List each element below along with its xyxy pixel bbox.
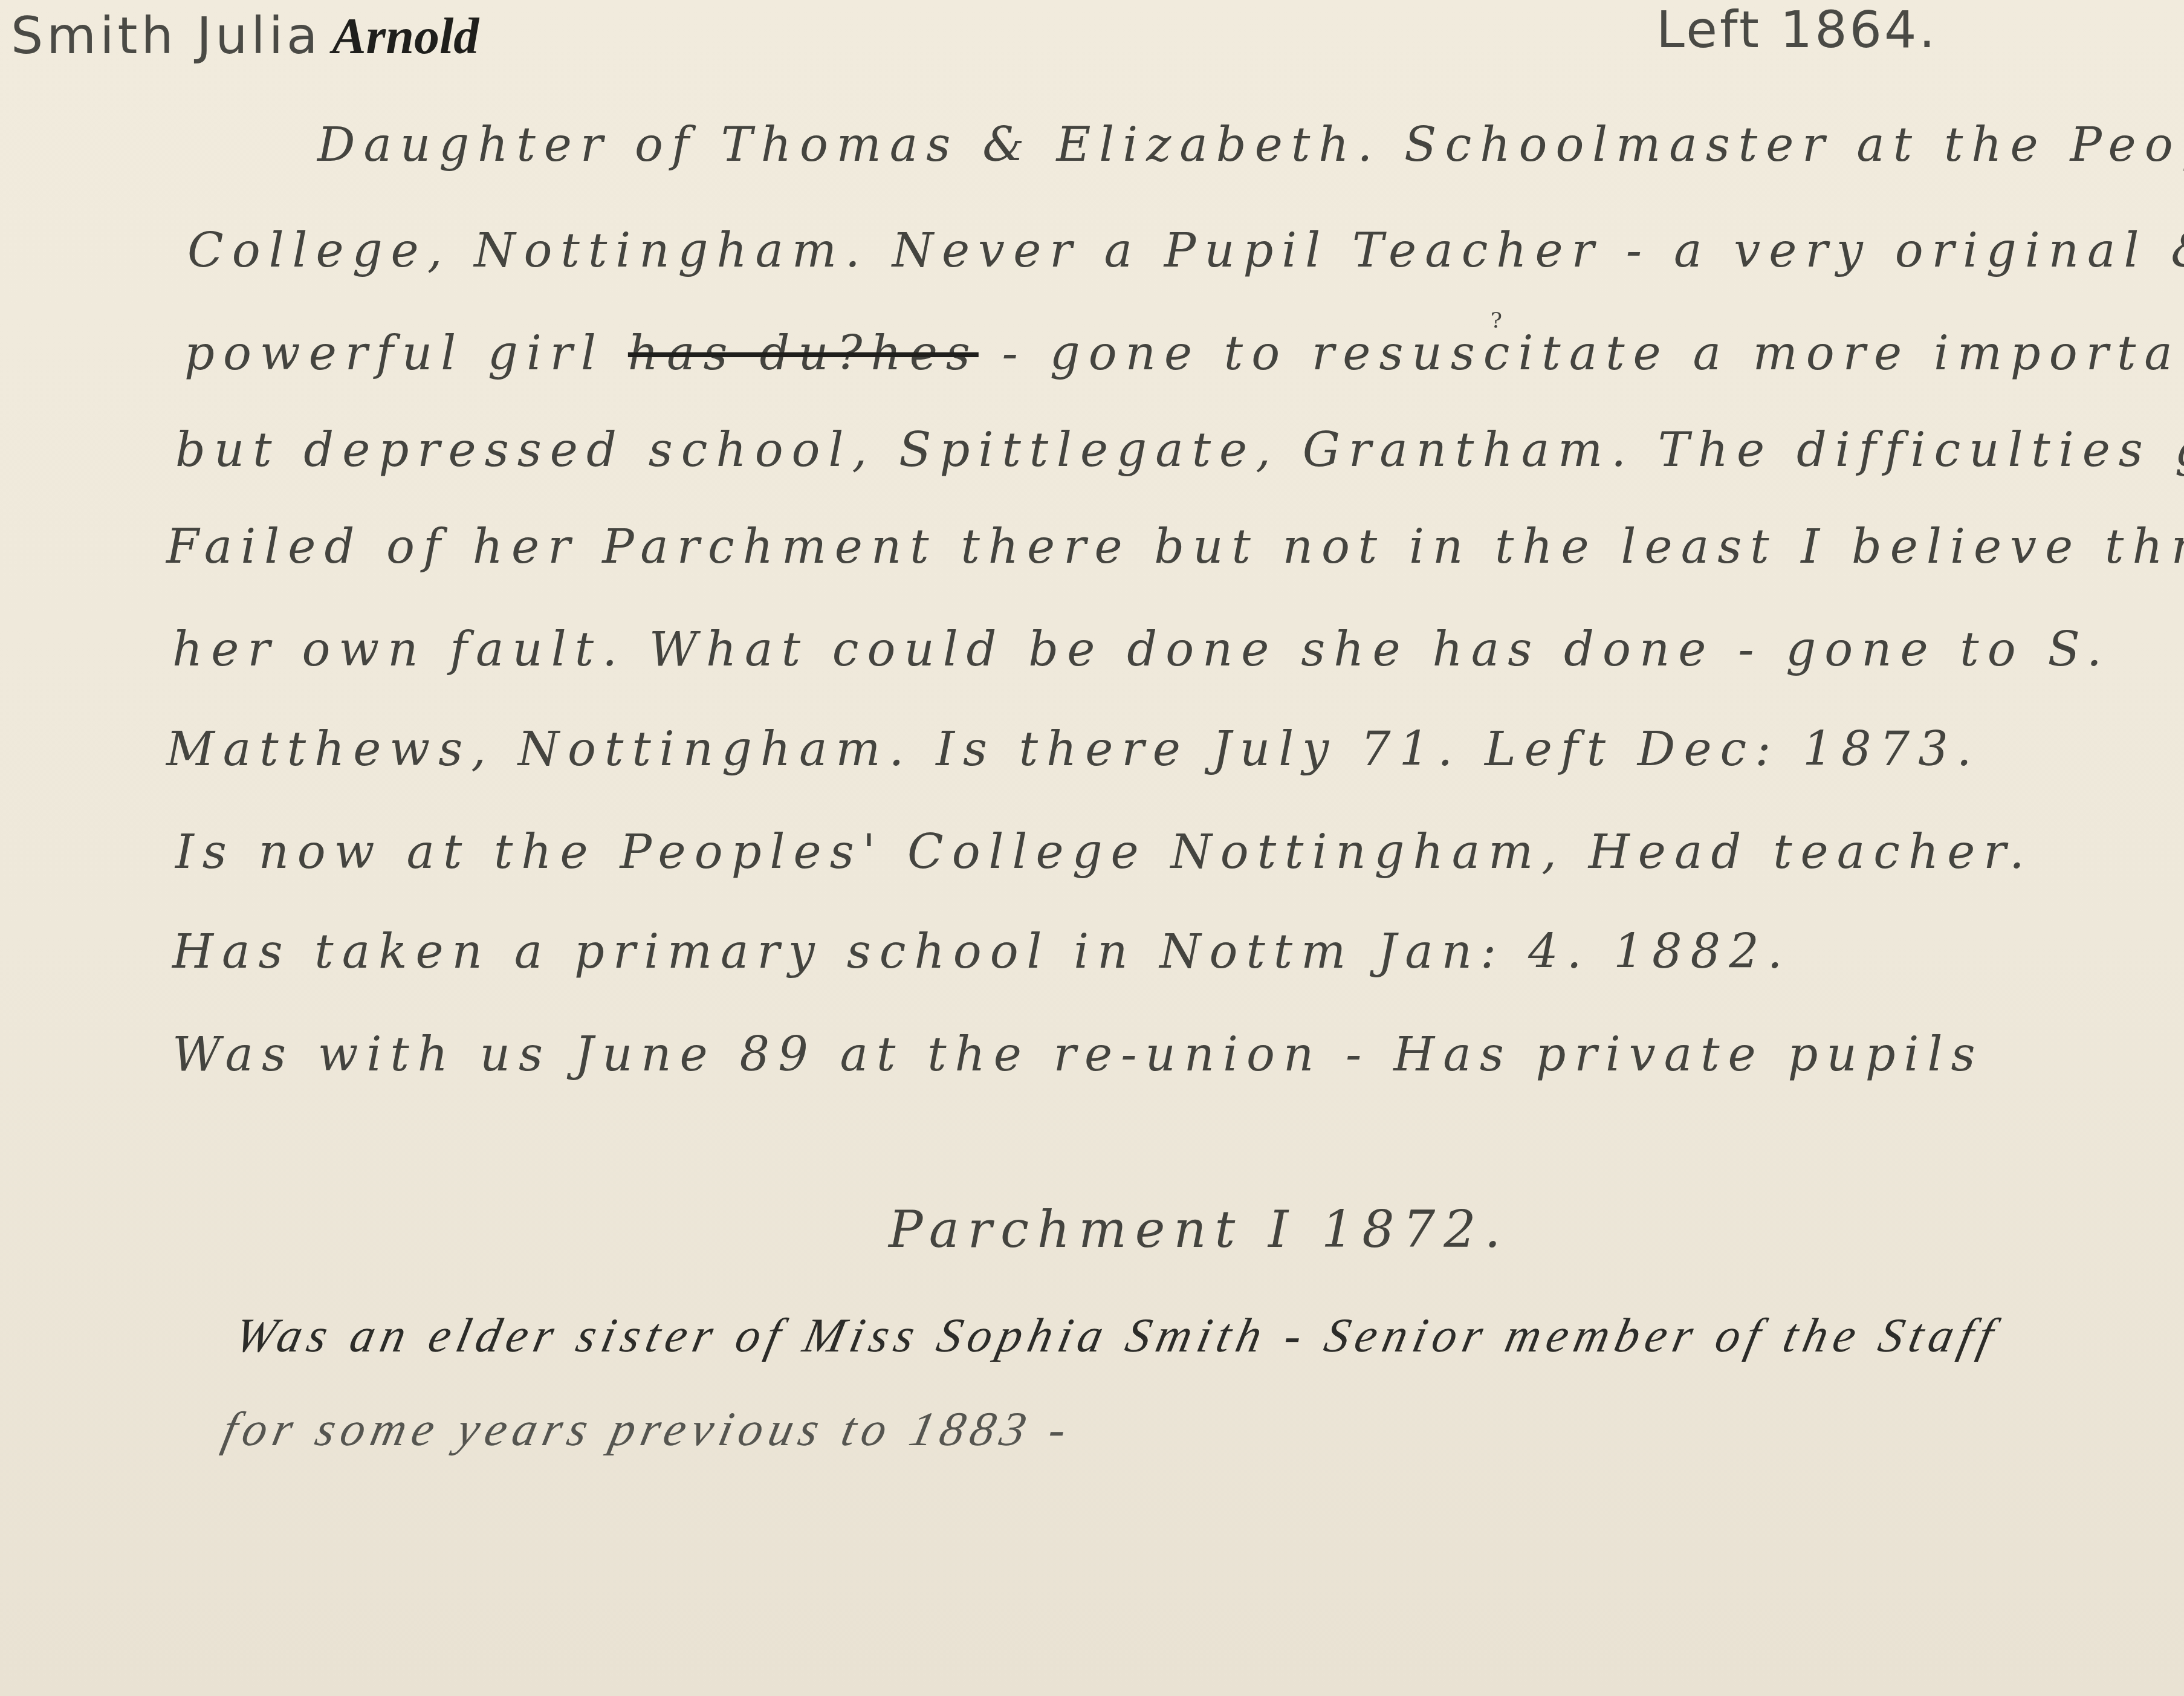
body-line-10: Was with us June 89 at the re-union - Ha… — [172, 1028, 1984, 1082]
parchment-record: Parchment I 1872. — [889, 1200, 1509, 1259]
body-line-7: Matthews, Nottingham. Is there July 71. … — [166, 722, 1980, 777]
register-page: Smith JuliaArnold Left 1864. Daughter of… — [0, 0, 2184, 1696]
body-line-4: but depressed school, Spittlegate, Grant… — [175, 423, 2184, 477]
queried-word: resuscitate — [1312, 326, 1670, 381]
body-line-3-end: a more important — [1670, 326, 2184, 381]
surname-forename: Smith Julia — [11, 6, 322, 65]
left-year: Left 1864. — [1656, 0, 1937, 59]
body-line-1: Daughter of Thomas & Elizabeth. Schoolma… — [317, 118, 2184, 172]
later-note-line-1: Was an elder sister of Miss Sophia Smith… — [230, 1309, 2004, 1364]
body-line-3-mid: - gone to — [979, 326, 1312, 381]
body-line-3-start: powerful girl — [184, 326, 628, 381]
name-annotation: Arnold — [332, 8, 479, 65]
entry-name: Smith JuliaArnold — [11, 6, 479, 66]
body-line-9: Has taken a primary school in Nottm Jan:… — [172, 925, 1791, 979]
body-line-8: Is now at the Peoples' College Nottingha… — [175, 825, 2033, 879]
body-line-5: Failed of her Parchment there but not in… — [166, 520, 2184, 574]
later-note-line-2: for some years previous to 1883 - — [218, 1402, 1077, 1457]
body-line-6: her own fault. What could be done she ha… — [172, 623, 2110, 677]
body-line-3: powerful girl has du?hes - gone to resus… — [184, 326, 2184, 381]
struck-out-text: has du?hes — [628, 326, 979, 381]
body-line-2: College, Nottingham. Never a Pupil Teach… — [187, 224, 2184, 278]
